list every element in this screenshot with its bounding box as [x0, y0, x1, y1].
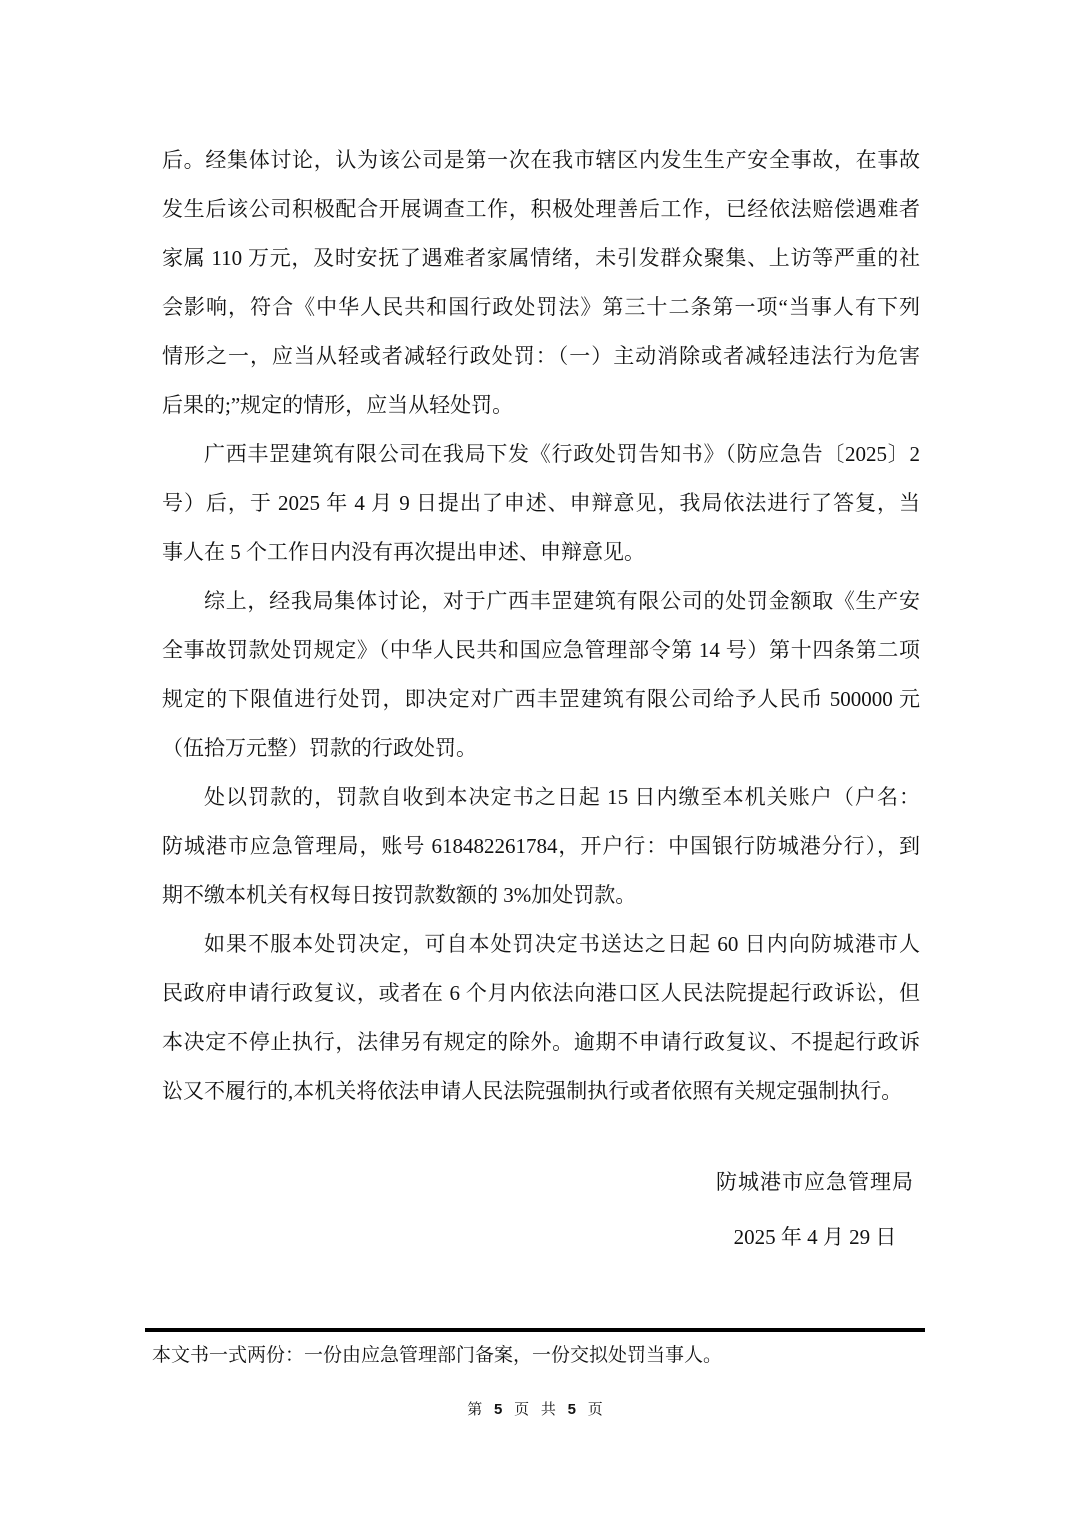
text-line: 处以罚款的，罚款自收到本决定书之日起 15 日内缴至本机关账户（户名： [162, 773, 920, 822]
paragraph: 广西丰罡建筑有限公司在我局下发《行政处罚告知书》（防应急告〔2025〕2号）后，… [162, 430, 920, 577]
page-number-total: 5 [568, 1401, 580, 1418]
text-line: 后。经集体讨论，认为该公司是第一次在我市辖区内发生生产安全事故，在事故 [162, 136, 920, 185]
paragraph: 处以罚款的，罚款自收到本决定书之日起 15 日内缴至本机关账户（户名：防城港市应… [162, 773, 920, 920]
text-line: 事人在 5 个工作日内没有再次提出申述、申辩意见。 [162, 528, 920, 577]
issuing-authority: 防城港市应急管理局 [716, 1158, 914, 1207]
text-line: 期不缴本机关有权每日按罚款数额的 3%加处罚款。 [162, 871, 920, 920]
text-line: 发生后该公司积极配合开展调查工作，积极处理善后工作，已经依法赔偿遇难者 [162, 185, 920, 234]
text-line: 综上，经我局集体讨论，对于广西丰罡建筑有限公司的处罚金额取《生产安 [162, 577, 920, 626]
page-number-pages-label: 页 [514, 1402, 533, 1418]
document-body: 后。经集体讨论，认为该公司是第一次在我市辖区内发生生产安全事故，在事故发生后该公… [162, 136, 920, 1262]
text-line: 会影响，符合《中华人民共和国行政处罚法》第三十二条第一项“当事人有下列 [162, 283, 920, 332]
footnote: 本文书一式两份：一份由应急管理部门备案，一份交拟处罚当事人。 [152, 1341, 922, 1371]
text-line: （伍拾万元整）罚款的行政处罚。 [162, 724, 920, 773]
signature-block: 防城港市应急管理局 2025 年 4 月 29 日 [162, 1158, 920, 1262]
page-number: 第 5 页 共 5 页 [0, 1398, 1074, 1419]
paragraph: 综上，经我局集体讨论，对于广西丰罡建筑有限公司的处罚金额取《生产安全事故罚款处罚… [162, 577, 920, 773]
page-number-suffix: 页 [588, 1402, 607, 1418]
page-number-current: 5 [494, 1401, 506, 1418]
text-line: 情形之一，应当从轻或者减轻行政处罚：（一）主动消除或者减轻违法行为危害 [162, 332, 920, 381]
text-line: 民政府申请行政复议，或者在 6 个月内依法向港口区人民法院提起行政诉讼，但 [162, 969, 920, 1018]
issue-date: 2025 年 4 月 29 日 [716, 1213, 914, 1262]
paragraph: 如果不服本处罚决定，可自本处罚决定书送达之日起 60 日内向防城港市人民政府申请… [162, 920, 920, 1116]
footer-divider [145, 1328, 925, 1332]
text-line: 规定的下限值进行处罚，即决定对广西丰罡建筑有限公司给予人民币 500000 元 [162, 675, 920, 724]
text-line: 讼又不履行的,本机关将依法申请人民法院强制执行或者依照有关规定强制执行。 [162, 1067, 920, 1116]
page-number-prefix: 第 [467, 1402, 486, 1418]
document-page: 后。经集体讨论，认为该公司是第一次在我市辖区内发生生产安全事故，在事故发生后该公… [0, 0, 1074, 1520]
text-line: 防城港市应急管理局，账号 618482261784，开户行：中国银行防城港分行）… [162, 822, 920, 871]
paragraph: 后。经集体讨论，认为该公司是第一次在我市辖区内发生生产安全事故，在事故发生后该公… [162, 136, 920, 430]
text-line: 家属 110 万元，及时安抚了遇难者家属情绪，未引发群众聚集、上访等严重的社 [162, 234, 920, 283]
text-line: 如果不服本处罚决定，可自本处罚决定书送达之日起 60 日内向防城港市人 [162, 920, 920, 969]
page-number-total-label: 共 [541, 1402, 560, 1418]
signature-inner: 防城港市应急管理局 2025 年 4 月 29 日 [716, 1158, 914, 1262]
text-line: 号）后，于 2025 年 4 月 9 日提出了申述、申辩意见，我局依法进行了答复… [162, 479, 920, 528]
text-line: 广西丰罡建筑有限公司在我局下发《行政处罚告知书》（防应急告〔2025〕2 [162, 430, 920, 479]
text-line: 全事故罚款处罚规定》（中华人民共和国应急管理部令第 14 号）第十四条第二项 [162, 626, 920, 675]
text-line: 后果的;”规定的情形，应当从轻处罚。 [162, 381, 920, 430]
text-line: 本决定不停止执行，法律另有规定的除外。逾期不申请行政复议、不提起行政诉 [162, 1018, 920, 1067]
